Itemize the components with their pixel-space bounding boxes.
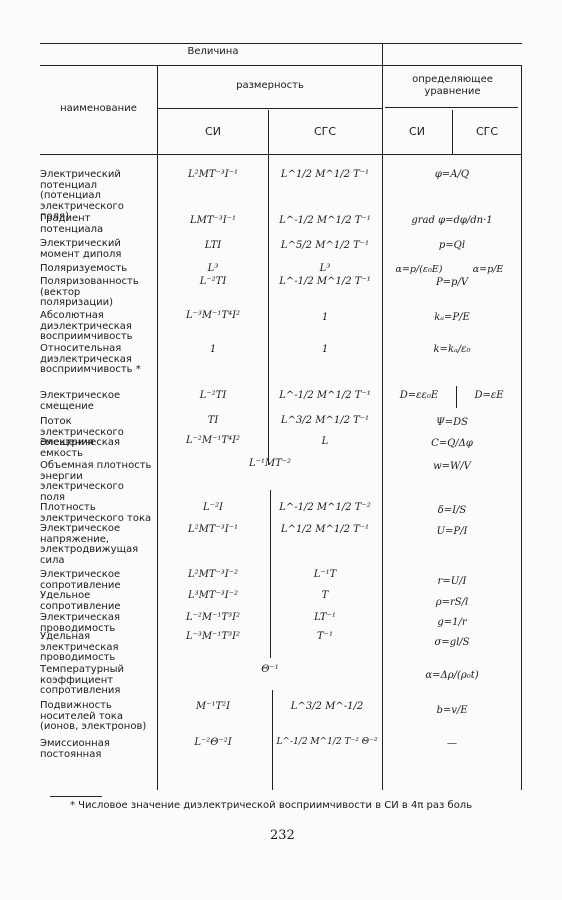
- row-equation: grad φ=dφ/dn·1: [382, 215, 522, 226]
- row-name: Поляризуемость: [40, 264, 152, 275]
- header-rule-2b: [268, 108, 382, 109]
- row-equation: g=1/r: [382, 617, 522, 628]
- row-si-dim: L⁻²TI: [158, 390, 268, 401]
- row-equation-cgs: D=εE: [458, 390, 520, 401]
- row-name: Относительная диэлектрическая восприимчи…: [40, 344, 152, 376]
- row-cgs-dim: L^3/2 M^1/2 T⁻¹: [268, 415, 382, 426]
- footnote: * Числовое значение диэлектрической восп…: [70, 800, 472, 811]
- header-bottom-rule: [40, 154, 522, 155]
- row-equation: w=W/V: [382, 461, 522, 472]
- row-equation: kₐ=P/E: [382, 312, 522, 323]
- row-name: Плотность электрического тока: [40, 503, 152, 524]
- row-si-dim: L⁻²M⁻¹T⁴I²: [158, 435, 268, 446]
- row-equation-si: α=p/(ε₀E): [384, 264, 454, 275]
- row-equation: σ=gl/S: [382, 637, 522, 648]
- top-rule: [40, 43, 522, 44]
- header-eq-si: СИ: [382, 125, 452, 138]
- row-si-dim: TI: [158, 415, 268, 426]
- row-cgs-dim: L^-1/2 M^1/2 T⁻¹: [268, 276, 382, 287]
- header-si: СИ: [158, 125, 268, 138]
- row-equation-si: D=εε₀E: [384, 390, 454, 401]
- row-cgs-dim: L³: [268, 263, 382, 274]
- row-equation: C=Q/Δφ: [382, 438, 522, 449]
- header-name: наименование: [40, 103, 157, 114]
- row-si-dim: M⁻¹T²I: [158, 701, 268, 712]
- page-number: 232: [270, 828, 295, 843]
- row-cgs-dim: L^1/2 M^1/2 T⁻¹: [268, 524, 382, 535]
- row-name: Электрическая емкость: [40, 438, 152, 459]
- row-si-dim: L⁻²M⁻¹T³I²: [158, 612, 268, 623]
- row-dim-merged: L⁻¹MT⁻²: [158, 458, 382, 469]
- row-si-dim: L²MT⁻³I⁻¹: [158, 169, 268, 180]
- row-name: Градиент потенциала: [40, 214, 152, 235]
- row-equation: U=P/I: [382, 526, 522, 537]
- row-si-dim: L⁻³M⁻¹T³I²: [158, 631, 268, 642]
- row-equation: —: [382, 738, 522, 749]
- row-cgs-dim: L^5/2 M^1/2 T⁻¹: [268, 240, 382, 251]
- row-name: Электрический момент диполя: [40, 239, 152, 260]
- row-cgs-dim: 1: [268, 344, 382, 355]
- row-cgs-dim: L^3/2 M^-1/2: [272, 701, 382, 712]
- header-eq-cgs: СГС: [452, 125, 522, 138]
- row-name: Удельная электрическая проводимость: [40, 632, 152, 664]
- col-divider-si-cgs-top: [268, 110, 269, 465]
- row-si-dim: L³MT⁻³I⁻²: [158, 590, 268, 601]
- row-name: Объемная плотность энергии электрическог…: [40, 461, 152, 503]
- row-equation: ρ=rS/l: [382, 597, 522, 608]
- row-cgs-dim: L⁻¹T: [268, 569, 382, 580]
- row-cgs-dim: L^-1/2 M^1/2 T⁻¹: [268, 390, 382, 401]
- header-dimension: размерность: [158, 80, 382, 91]
- row-si-dim: L²MT⁻³I⁻²: [158, 569, 268, 580]
- row-si-dim: L⁻²I: [158, 502, 268, 513]
- row-equation: k=kₐ/ε₀: [382, 344, 522, 355]
- row-equation-cgs: α=p/E: [456, 264, 520, 275]
- row-cgs-dim: T⁻¹: [268, 631, 382, 642]
- row-name: Температурный коэффициент сопротивления: [40, 665, 152, 697]
- row-name: Подвижность носителей тока (ионов, элект…: [40, 701, 152, 733]
- header-cgs: СГС: [268, 125, 382, 138]
- row-equation: b=v/E: [382, 705, 522, 716]
- row-cgs-dim: L^-1/2 M^1/2 T⁻² Θ⁻²: [272, 737, 382, 747]
- header-rule-1: [40, 65, 522, 66]
- header-equation: определяющее уравнение: [385, 74, 520, 98]
- row-equation: Ψ=DS: [382, 417, 522, 428]
- row-equation: r=U/I: [382, 576, 522, 587]
- row-cgs-dim: 1: [268, 312, 382, 323]
- row-si-dim: L²MT⁻³I⁻¹: [158, 524, 268, 535]
- header-rule-2: [158, 108, 268, 109]
- row-si-dim: L⁻²TI: [158, 276, 268, 287]
- row-cgs-dim: L^-1/2 M^1/2 T⁻¹: [268, 215, 382, 226]
- row-cgs-dim: T: [268, 590, 382, 601]
- row-cgs-dim: L^1/2 M^1/2 T⁻¹: [268, 169, 382, 180]
- row-name: Электрическое смещение: [40, 391, 152, 412]
- row-name: Электрическое сопротивление: [40, 570, 152, 591]
- row-name: Удельное сопротивление: [40, 591, 152, 612]
- row-si-dim: L⁻³M⁻¹T⁴I²: [158, 310, 268, 321]
- row-si-dim: L³: [158, 263, 268, 274]
- row-name: Эмиссионная постоянная: [40, 739, 152, 760]
- header-quantity: Величина: [158, 46, 268, 57]
- row-cgs-dim: L^-1/2 M^1/2 T⁻²: [268, 502, 382, 513]
- row-cgs-dim: L: [268, 436, 382, 447]
- row-name: Абсолютная диэлектрическая восприимчивос…: [40, 311, 152, 343]
- row-equation: φ=A/Q: [382, 169, 522, 180]
- row-equation: P=p/V: [382, 277, 522, 288]
- row-equation: α=Δρ/(ρ₀t): [382, 670, 522, 681]
- row-dim-merged: Θ⁻¹: [158, 664, 382, 675]
- row-name: Электрическое напряжение, электродвижуща…: [40, 524, 152, 566]
- row-equation: δ=I/S: [382, 505, 522, 516]
- row-si-dim: 1: [158, 344, 268, 355]
- footnote-rule: [50, 796, 102, 797]
- row-si-dim: LTI: [158, 240, 268, 251]
- row-name: Поляризованность (вектор поляризации): [40, 277, 152, 309]
- row-si-dim: LMT⁻³I⁻¹: [158, 215, 268, 226]
- row-si-dim: L⁻²Θ⁻²I: [158, 737, 268, 748]
- row-equation: p=Ql: [382, 240, 522, 251]
- row-cgs-dim: LT⁻¹: [268, 612, 382, 623]
- header-rule-3: [385, 107, 518, 108]
